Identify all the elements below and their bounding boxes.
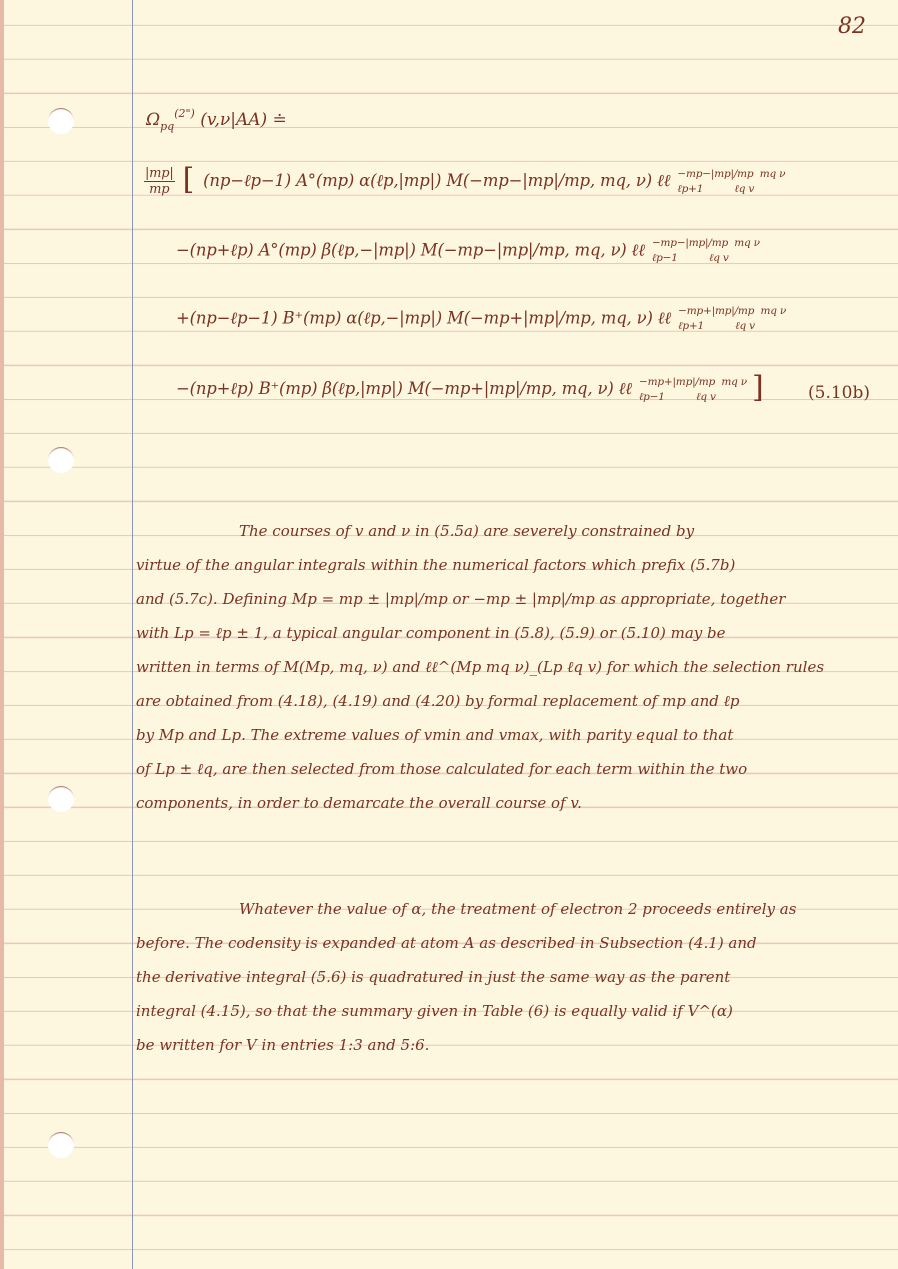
term-lower-index: ℓp+1 ℓq v xyxy=(677,182,785,197)
text-line: are obtained from (4.18), (4.19) and (4.… xyxy=(136,684,874,718)
text-line: and (5.7c). Defining Mp = mp ± |mp|/mp o… xyxy=(136,582,874,616)
term-indices: −mp+|mp|/mp mq ν ℓp+1 ℓq v xyxy=(678,304,786,334)
term-upper-index: −mp+|mp|/mp mq ν xyxy=(678,304,786,319)
equation-number: (5.10b) xyxy=(808,383,870,403)
omega-subscript: pq xyxy=(160,120,174,133)
text-line: be written for V in entries 1:3 and 5:6. xyxy=(136,1028,874,1062)
punch-hole-4 xyxy=(48,1132,74,1158)
margin-rule xyxy=(132,0,133,1269)
punch-hole-3 xyxy=(48,786,74,812)
close-bracket: ] xyxy=(752,370,764,405)
equation-term-2: −(np+ℓp) A°(mp) β(ℓp,−|mp|) M(−mp−|mp|/m… xyxy=(176,236,760,266)
text-line: the derivative integral (5.6) is quadrat… xyxy=(136,960,874,994)
prefactor-fraction: |mp| mp xyxy=(144,166,175,197)
prefactor-numerator: |mp| xyxy=(144,166,175,182)
notebook-page: 82 Ωpq(2") (v,ν|AA) ≐ |mp| mp [ (np−ℓp−1… xyxy=(0,0,898,1269)
term-indices: −mp+|mp|/mp mq ν ℓp−1 ℓq v xyxy=(639,375,747,405)
term-lower-index: ℓp−1 ℓq v xyxy=(652,251,760,266)
term-lower-index: ℓp−1 ℓq v xyxy=(639,390,747,405)
equation-term-3: +(np−ℓp−1) B⁺(mp) α(ℓp,−|mp|) M(−mp+|mp|… xyxy=(176,304,786,334)
equation-term-1: |mp| mp [ (np−ℓp−1) A°(mp) α(ℓp,|mp|) M(… xyxy=(144,164,785,199)
term-upper-index: −mp−|mp|/mp mq ν xyxy=(677,167,785,182)
term-indices: −mp−|mp|/mp mq ν ℓp−1 ℓq v xyxy=(652,236,760,266)
text-line: components, in order to demarcate the ov… xyxy=(136,786,874,820)
equation-label: Ωpq(2") (v,ν|AA) ≐ xyxy=(146,110,287,130)
text-line: Whatever the value of α, the treatment o… xyxy=(136,892,874,926)
term-lower-index: ℓp+1 ℓq v xyxy=(678,319,786,334)
text-line: before. The codensity is expanded at ato… xyxy=(136,926,874,960)
text-line: written in terms of M(Mp, mq, ν) and ℓℓ^… xyxy=(136,650,874,684)
omega-superscript: (2") xyxy=(174,107,195,120)
punch-hole-1 xyxy=(48,108,74,134)
text-line: with Lp = ℓp ± 1, a typical angular comp… xyxy=(136,616,874,650)
text-line: of Lp ± ℓq, are then selected from those… xyxy=(136,752,874,786)
term-indices: −mp−|mp|/mp mq ν ℓp+1 ℓq v xyxy=(677,167,785,197)
term-upper-index: −mp−|mp|/mp mq ν xyxy=(652,236,760,251)
page-edge xyxy=(0,0,4,1269)
text-line: by Mp and Lp. The extreme values of vmin… xyxy=(136,718,874,752)
page-number: 82 xyxy=(838,14,866,39)
open-bracket: [ xyxy=(183,162,195,197)
term-body: −(np+ℓp) B⁺(mp) β(ℓp,|mp|) M(−mp+|mp|/mp… xyxy=(176,379,632,398)
term-body: (np−ℓp−1) A°(mp) α(ℓp,|mp|) M(−mp−|mp|/m… xyxy=(203,171,670,190)
term-body: −(np+ℓp) A°(mp) β(ℓp,−|mp|) M(−mp−|mp|/m… xyxy=(176,241,645,260)
omega-symbol: Ω xyxy=(146,110,160,130)
prefactor-denominator: mp xyxy=(144,182,175,197)
paragraph-2: Whatever the value of α, the treatment o… xyxy=(136,892,874,1062)
punch-hole-2 xyxy=(48,447,74,473)
term-upper-index: −mp+|mp|/mp mq ν xyxy=(639,375,747,390)
text-line: integral (4.15), so that the summary giv… xyxy=(136,994,874,1028)
paragraph-1: The courses of v and ν in (5.5a) are sev… xyxy=(136,514,874,820)
text-line: virtue of the angular integrals within t… xyxy=(136,548,874,582)
omega-arguments: (v,ν|AA) ≐ xyxy=(200,110,287,130)
term-body: +(np−ℓp−1) B⁺(mp) α(ℓp,−|mp|) M(−mp+|mp|… xyxy=(176,309,671,328)
equation-term-4: −(np+ℓp) B⁺(mp) β(ℓp,|mp|) M(−mp+|mp|/mp… xyxy=(176,372,767,407)
text-line: The courses of v and ν in (5.5a) are sev… xyxy=(136,514,874,548)
